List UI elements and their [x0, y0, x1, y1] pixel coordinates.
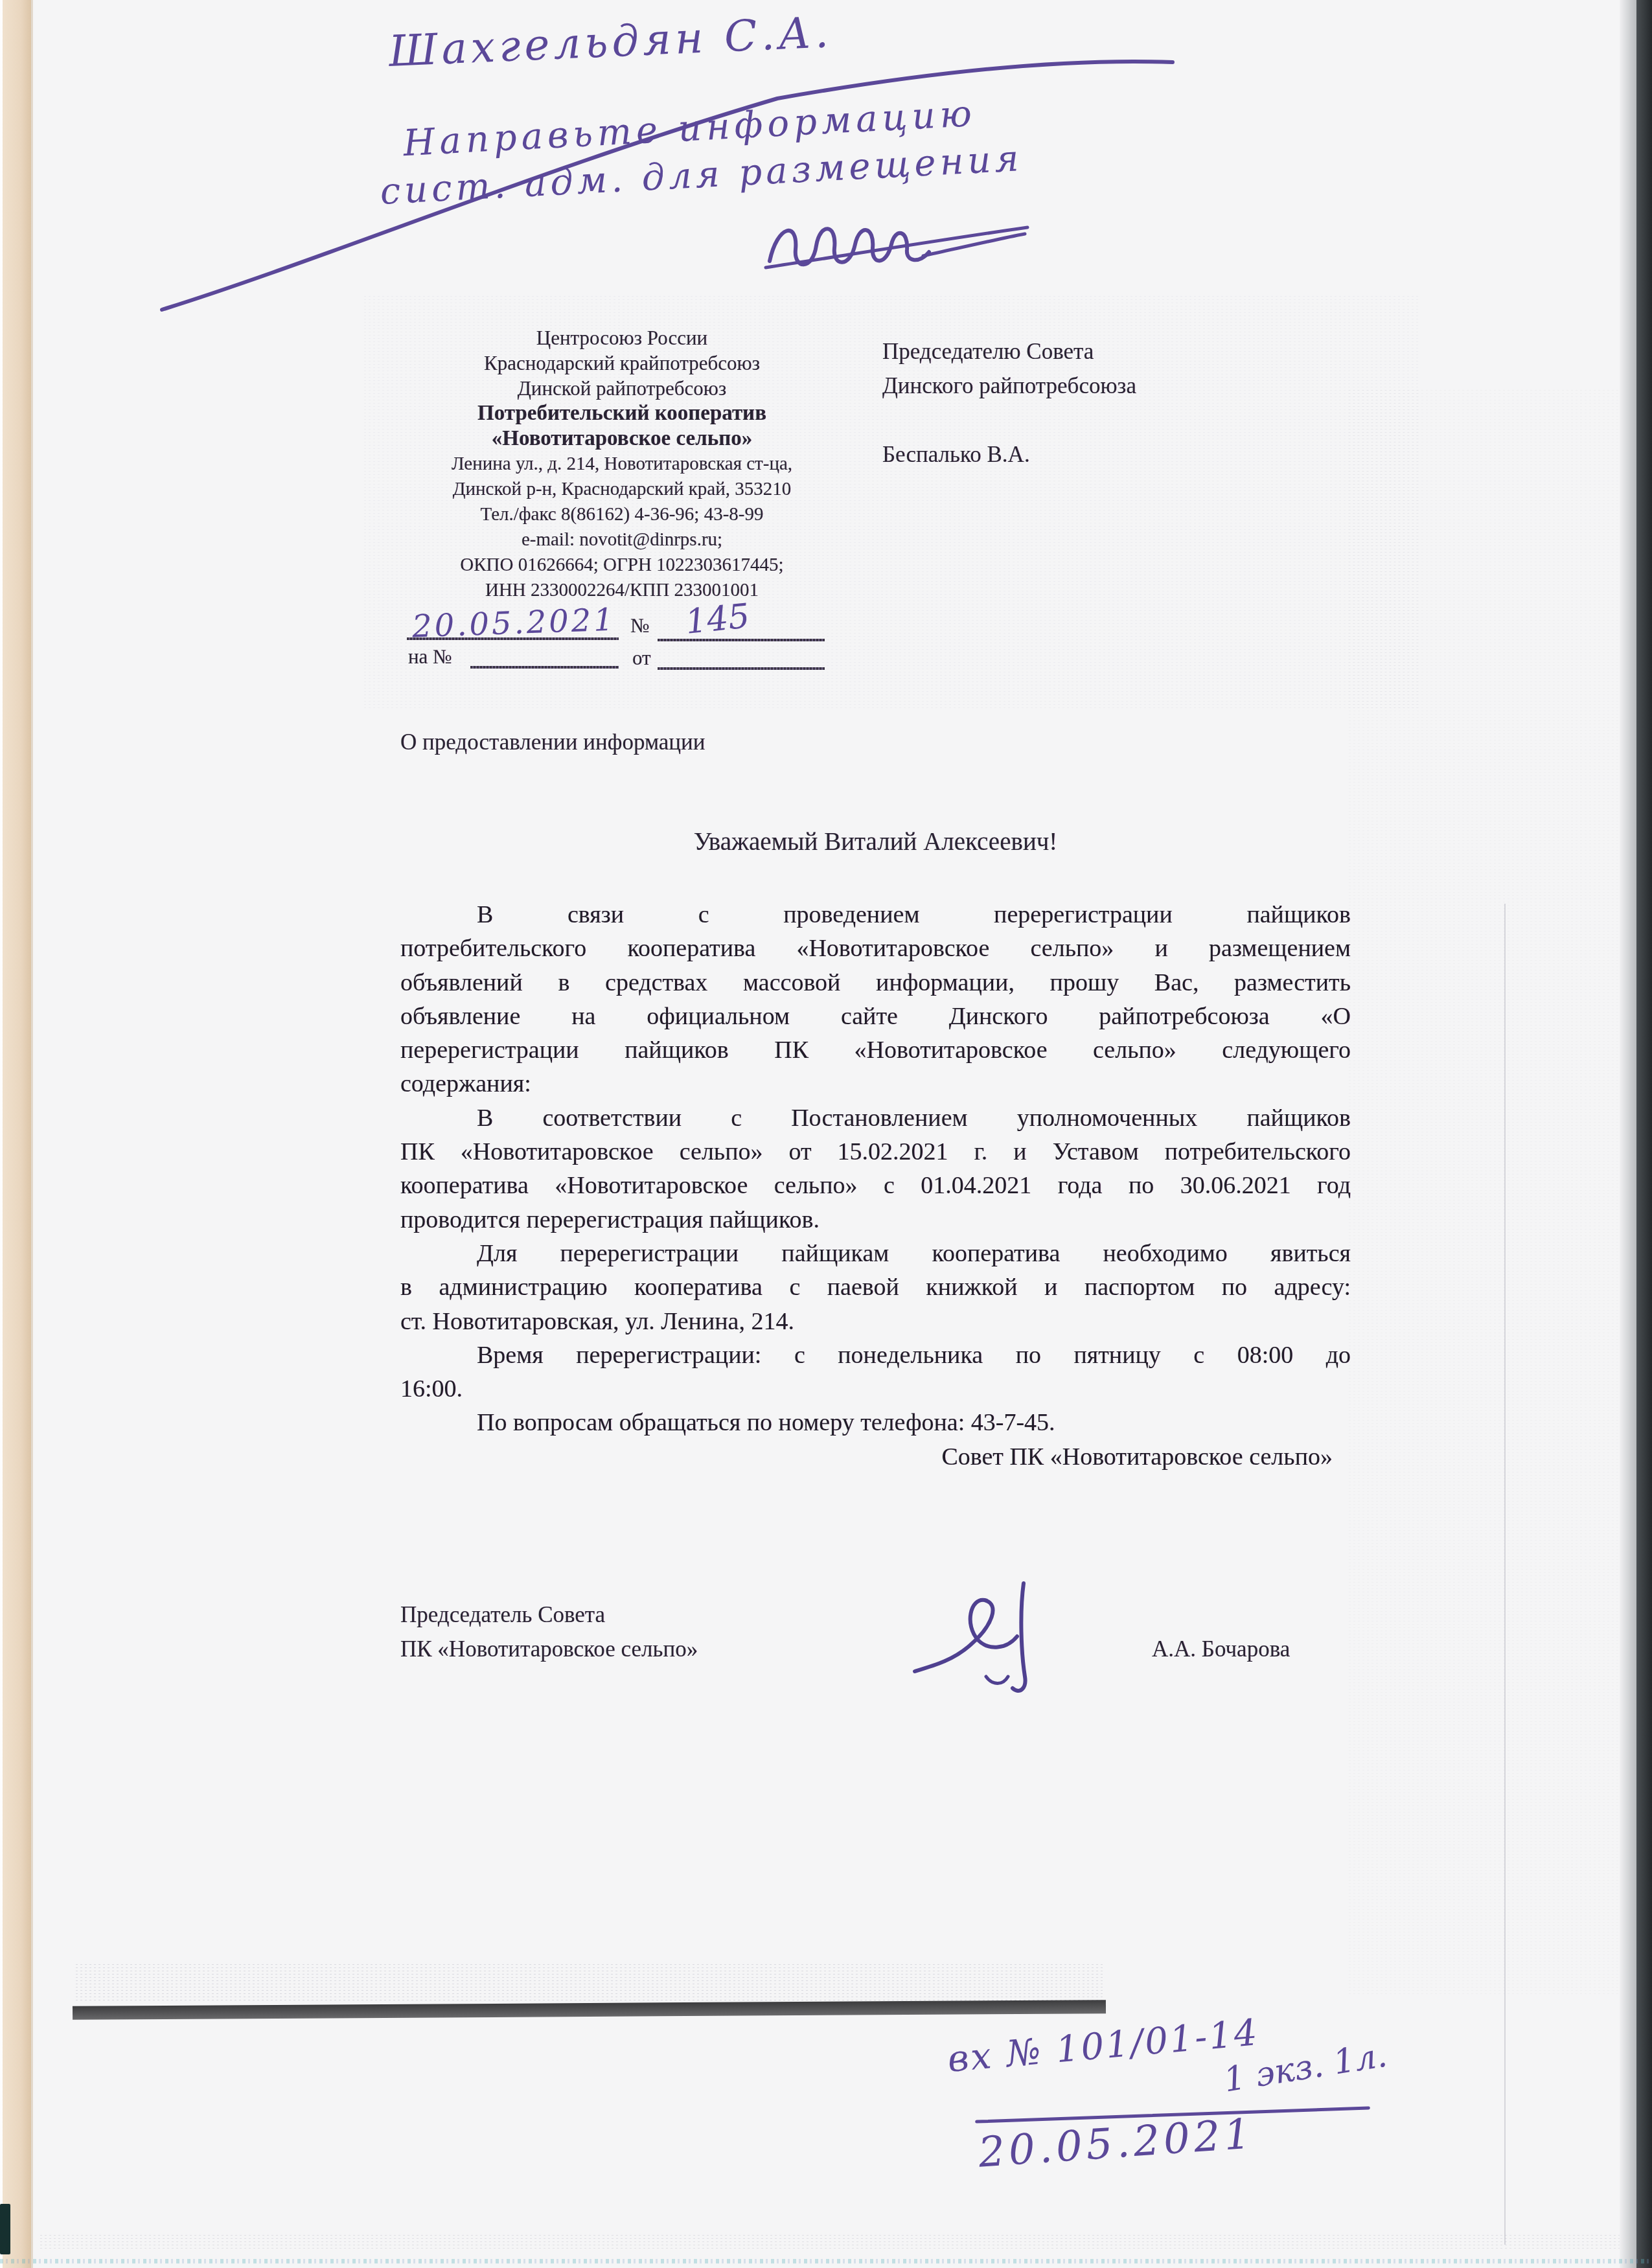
addressee-block: Председателю Совета Динского райпотребсо… — [882, 334, 1271, 403]
scan-bottom-dither-line — [0, 2259, 1652, 2263]
body-line: содержания: — [400, 1067, 1351, 1101]
letterhead-line: Центросоюз России — [389, 325, 855, 350]
scan-noise-band — [1348, 389, 1620, 1995]
scan-right-gray-edge — [1620, 0, 1636, 2268]
body-line: 16:00. — [400, 1372, 1351, 1406]
body-line: ст. Новотитаровская, ул. Ленина, 214. — [400, 1305, 1351, 1338]
page-bottom-edge-shadow — [73, 2000, 1106, 2020]
letterhead-line: Ленина ул., д. 214, Новотитаровская ст-ц… — [389, 452, 855, 477]
body-line: Совет ПК «Новотитаровское сельпо» — [400, 1440, 1351, 1474]
body-line: По вопросам обращаться по номеру телефон… — [400, 1406, 1351, 1439]
salutation: Уважаемый Виталий Алексеевич! — [400, 827, 1351, 856]
on-number-label: на № — [408, 645, 452, 669]
letterhead-line: Краснодарский крайпотребсоюз — [389, 350, 855, 376]
body-line: потребительского кооператива «Новотитаро… — [400, 932, 1351, 965]
letterhead-line: Динской р-н, Краснодарский край, 353210 — [389, 477, 855, 502]
body-line: кооператива «Новотитаровское сельпо» с 0… — [400, 1169, 1351, 1202]
paper-fold-line — [1504, 904, 1506, 2245]
letterhead-line: Потребительский кооператив — [389, 401, 855, 426]
body-line: Время перерегистрации: с понедельника по… — [400, 1338, 1351, 1372]
body-line: объявление на официальном сайте Динского… — [400, 1000, 1351, 1033]
from-label: от — [632, 647, 651, 670]
scan-left-edge-line — [31, 0, 33, 2268]
body-line: перерегистрации пайщиков ПК «Новотитаров… — [400, 1033, 1351, 1067]
letterhead-line: Динской райпотребсоюз — [389, 376, 855, 401]
handwritten-signature-chairman — [907, 1573, 1095, 1699]
body-line: в администрацию кооператива с паевой кни… — [400, 1270, 1351, 1304]
addressee-line: Председателю Совета — [882, 334, 1271, 369]
handwritten-incoming-number: вх № 101/01-14 — [946, 2011, 1261, 2081]
handwritten-letter-number: 145 — [683, 597, 751, 642]
scan-noise-band — [39, 2234, 1620, 2249]
addressee-line: Динского райпотребсоюза — [882, 369, 1271, 403]
letterhead: Центросоюз РоссииКраснодарский крайпотре… — [389, 325, 855, 603]
number-label: № — [630, 614, 650, 637]
body-line: Для перерегистрации пайщикам кооператива… — [400, 1237, 1351, 1270]
body-line: проводится перерегистрация пайщиков. — [400, 1203, 1351, 1237]
from-underline — [658, 667, 825, 670]
letter-body: В связи с проведением перерегистрации па… — [400, 898, 1351, 1474]
date-underline — [407, 637, 619, 640]
body-line: В связи с проведением перерегистрации па… — [400, 898, 1351, 932]
scan-noise-band — [75, 1963, 1105, 2002]
body-line: ПК «Новотитаровское сельпо» от 15.02.202… — [400, 1135, 1351, 1169]
subject-line: О предоставлении информации — [400, 729, 706, 755]
body-line: В соответствии с Постановлением уполномо… — [400, 1101, 1351, 1135]
body-line: объявлений в средствах массовой информац… — [400, 966, 1351, 1000]
scan-bottom-left-mark — [0, 2204, 10, 2254]
letterhead-line: ОКПО 01626664; ОГРН 1022303617445; — [389, 553, 855, 578]
signer-name: А.А. Бочарова — [1152, 1636, 1290, 1662]
addressee-name: Беспалько В.А. — [882, 442, 1030, 468]
signature-title-line: Председатель Совета — [400, 1598, 698, 1632]
scan-left-cream-edge — [3, 0, 31, 2268]
letterhead-line: «Новотитаровское сельпо» — [389, 426, 855, 452]
letterhead-line: Тел./факс 8(86162) 4-36-96; 43-8-99 — [389, 502, 855, 527]
handwritten-signature-top — [758, 198, 1037, 285]
signature-title-line: ПК «Новотитаровское сельпо» — [400, 1632, 698, 1666]
letterhead-line: ИНН 2330002264/КПП 233001001 — [389, 578, 855, 603]
letterhead-line: e-mail: novotit@dinrps.ru; — [389, 527, 855, 553]
on-number-underline — [470, 666, 619, 669]
number-underline — [658, 639, 825, 641]
scan-right-black-edge — [1636, 0, 1652, 2268]
scanned-letter-page: Шахгельдян С.А. Направьте информацию сис… — [0, 0, 1652, 2268]
signature-title-block: Председатель Совета ПК «Новотитаровское … — [400, 1598, 698, 1666]
